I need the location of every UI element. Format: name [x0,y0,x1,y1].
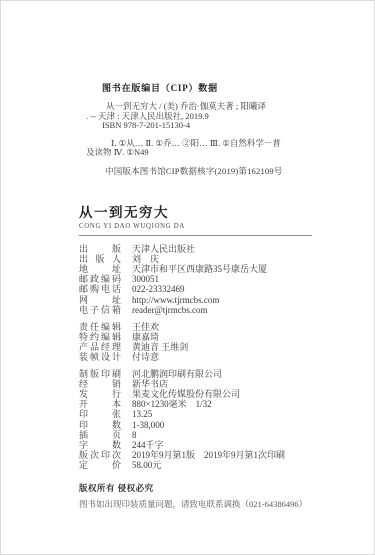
footer-section: 版权所有 侵权必究 图书如出现印装质量问题，请致电联系调换（021-643864… [79,482,374,510]
detail-row: 电子信箱reader@tjrmcbs.com [79,305,374,315]
detail-row: 制版印刷河北鹏润印刷有限公司 [79,369,374,379]
detail-row: 邮购电话022-23332469 [79,284,374,294]
detail-label: 网址 [79,295,121,305]
detail-row: 特约编辑康嘉琦 [79,332,374,342]
quality-hotline: 图书如出现印装质量问题，请致电联系调换（021-64386496） [79,498,374,510]
detail-label: 发行 [79,389,121,399]
detail-label: 责任编辑 [79,322,121,332]
detail-label: 出版人 [79,254,121,264]
detail-group-3: 制版印刷河北鹏润印刷有限公司经销新华书店发行果麦文化传媒股份有限公司开本880×… [79,369,374,470]
detail-label: 版次印次 [79,450,121,460]
detail-value: 022-23332469 [132,284,185,294]
detail-value: 300051 [132,274,159,284]
detail-label: 插页 [79,430,121,440]
detail-row: 邮政编码300051 [79,274,374,284]
detail-value: 2019年9月第1版 2019年9月第1次印刷 [132,450,285,460]
detail-label: 字数 [79,440,121,450]
detail-value: 王佳欢 [132,322,159,332]
book-pinyin: CONG YI DAO WUQIONG DA [79,223,312,230]
detail-value: 康嘉琦 [132,332,159,342]
detail-row: 经销新华书店 [79,379,374,389]
detail-value: http://www.tjrmcbs.com [132,295,219,305]
publication-details: 出版天津人民出版社出版人刘 庆地址天津市和平区西康路35号康岳大厦邮政编码300… [79,244,374,470]
copyright-notice: 版权所有 侵权必究 [79,482,374,494]
divider-line [79,235,312,236]
detail-value: 新华书店 [132,379,168,389]
cip-section: 图书在版编目（CIP）数据 从一到无穷大 / (美) 乔治·伽莫夫著 ; 阳曦译… [86,84,344,176]
title-block: 从一到无穷大 CONG YI DAO WUQIONG DA [79,201,312,236]
detail-row: 字数244千字 [79,440,374,450]
detail-label: 产品经理 [79,342,121,352]
detail-row: 发行果麦文化传媒股份有限公司 [79,389,374,399]
detail-row: 印张13.25 [79,409,374,419]
detail-value: 58.00元 [132,460,161,470]
detail-label: 特约编辑 [79,332,121,342]
detail-label: 地址 [79,264,121,274]
detail-row: 地址天津市和平区西康路35号康岳大厦 [79,264,374,274]
detail-value: 天津市和平区西康路35号康岳大厦 [132,264,267,274]
cip-heading: 图书在版编目（CIP）数据 [102,84,344,93]
detail-value: 天津人民出版社 [132,244,195,254]
detail-row: 印数1-38,000 [79,420,374,430]
detail-value: 244千字 [132,440,164,450]
detail-row: 定价58.00元 [79,460,374,470]
detail-value: 刘 庆 [132,254,159,264]
detail-value: 13.25 [132,409,152,419]
detail-row: 出版人刘 庆 [79,254,374,264]
detail-row: 版次印次2019年9月第1版 2019年9月第1次印刷 [79,450,374,460]
detail-label: 定价 [79,460,121,470]
detail-label: 印数 [79,420,121,430]
detail-value: 付诗意 [132,352,159,362]
detail-value: reader@tjrmcbs.com [132,305,208,315]
detail-group-2: 责任编辑王佳欢特约编辑康嘉琦产品经理黄迪音 王维剑装帧设计付诗意 [79,322,374,362]
book-title: 从一到无穷大 [79,201,312,221]
cip-record-number: 中国版本图书馆CIP数据核字(2019)第162109号 [105,167,344,176]
detail-value: 1-38,000 [132,420,164,430]
detail-label: 印张 [79,409,121,419]
detail-value: 880×1230毫米 1/32 [132,399,212,409]
cip-isbn-line: ISBN 978-7-201-15130-4 [102,121,344,130]
detail-value: 8 [132,430,137,440]
book-copyright-page: 图书在版编目（CIP）数据 从一到无穷大 / (美) 乔治·伽莫夫著 ; 阳曦译… [0,0,375,555]
detail-row: 网址http://www.tjrmcbs.com [79,295,374,305]
detail-row: 开本880×1230毫米 1/32 [79,399,374,409]
detail-label: 制版印刷 [79,369,121,379]
detail-label: 邮购电话 [79,284,121,294]
detail-label: 装帧设计 [79,352,121,362]
detail-label: 开本 [79,399,121,409]
detail-group-1: 出版天津人民出版社出版人刘 庆地址天津市和平区西康路35号康岳大厦邮政编码300… [79,244,374,315]
detail-label: 邮政编码 [79,274,121,284]
detail-row: 出版天津人民出版社 [79,244,374,254]
detail-value: 果麦文化传媒股份有限公司 [132,389,240,399]
detail-row: 责任编辑王佳欢 [79,322,374,332]
detail-row: 装帧设计付诗意 [79,352,374,362]
detail-label: 经销 [79,379,121,389]
detail-row: 产品经理黄迪音 王维剑 [79,342,374,352]
cip-classification-line-2: 及读物 Ⅳ. ①N49 [86,148,344,157]
detail-label: 出版 [79,244,121,254]
detail-value: 河北鹏润印刷有限公司 [132,369,222,379]
detail-label: 电子信箱 [79,305,121,315]
detail-row: 插页8 [79,430,374,440]
detail-value: 黄迪音 王维剑 [132,342,188,352]
